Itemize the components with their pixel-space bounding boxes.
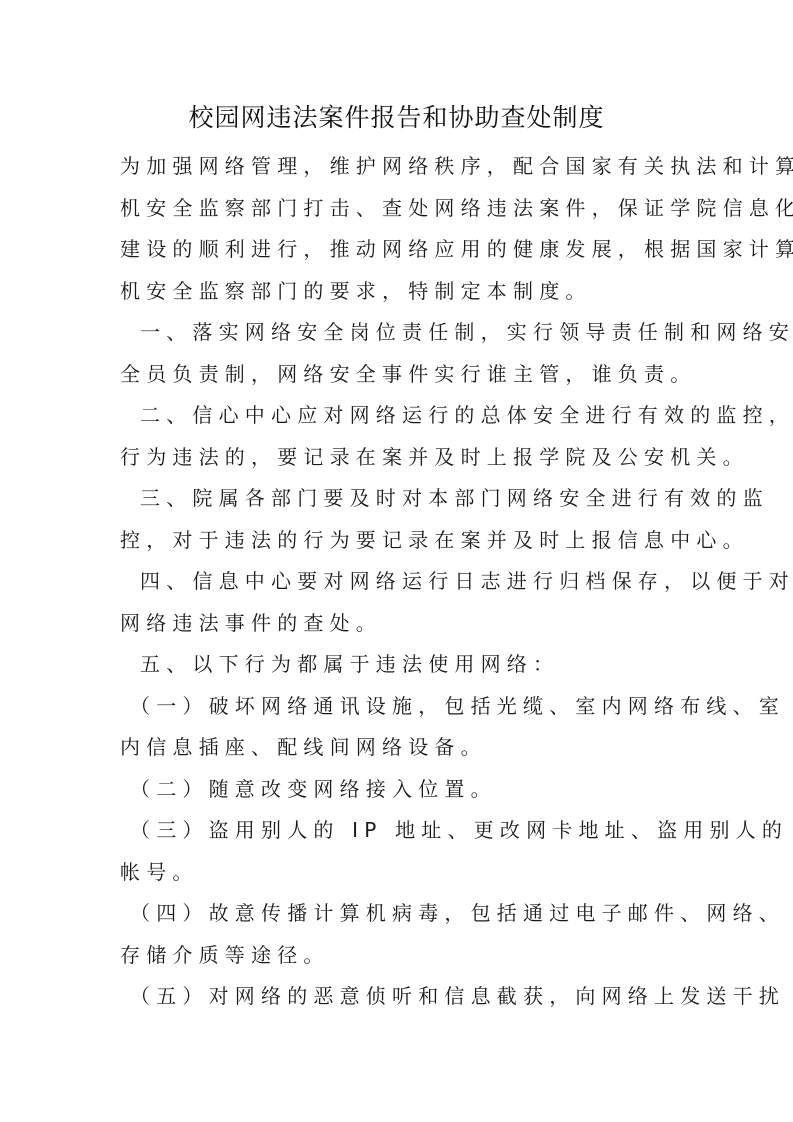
clause-3-line-2: 控，对于违法的行为要记录在案并及时上报信息中心。 <box>120 520 680 562</box>
item-4-line-1: （四）故意传播计算机病毒，包括通过电子邮件、网络、 <box>120 893 680 935</box>
item-4-line-2: 存储介质等途径。 <box>120 935 680 977</box>
intro-line-1: 为加强网络管理，维护网络秩序，配合国家有关执法和计算 <box>120 146 680 188</box>
document-body: 为加强网络管理，维护网络秩序，配合国家有关执法和计算 机安全监察部门打击、查处网… <box>120 146 680 1018</box>
item-3-line-1: （三）盗用别人的 IP 地址、更改网卡地址、盗用别人的 <box>120 810 680 852</box>
intro-line-2: 机安全监察部门打击、查处网络违法案件，保证学院信息化 <box>120 188 680 230</box>
clause-1-line-1: 一、落实网络安全岗位责任制，实行领导责任制和网络安 <box>120 312 680 354</box>
item-1-line-2: 内信息插座、配线间网络设备。 <box>120 727 680 769</box>
intro-line-3: 建设的顺利进行，推动网络应用的健康发展，根据国家计算 <box>120 229 680 271</box>
item-3-line-2: 帐号。 <box>120 852 680 894</box>
item-2-line-1: （二）随意改变网络接入位置。 <box>120 769 680 811</box>
document-title: 校园网违法案件报告和协助查处制度 <box>0 101 793 135</box>
clause-5-heading: 五、以下行为都属于违法使用网络： <box>120 644 680 686</box>
item-5-line-1: （五）对网络的恶意侦听和信息截获，向网络上发送干扰 <box>120 976 680 1018</box>
item-1-line-1: （一）破坏网络通讯设施，包括光缆、室内网络布线、室 <box>120 686 680 728</box>
clause-1-line-2: 全员负责制，网络安全事件实行谁主管，谁负责。 <box>120 354 680 396</box>
clause-2-line-1: 二、信心中心应对网络运行的总体安全进行有效的监控， <box>120 395 680 437</box>
intro-line-4: 机安全监察部门的要求，特制定本制度。 <box>120 271 680 313</box>
document-page: 校园网违法案件报告和协助查处制度 为加强网络管理，维护网络秩序，配合国家有关执法… <box>0 0 793 1122</box>
clause-3-line-1: 三、院属各部门要及时对本部门网络安全进行有效的监 <box>120 478 680 520</box>
clause-4-line-1: 四、信息中心要对网络运行日志进行归档保存，以便于对 <box>120 561 680 603</box>
clause-2-line-2: 行为违法的，要记录在案并及时上报学院及公安机关。 <box>120 437 680 479</box>
clause-4-line-2: 网络违法事件的查处。 <box>120 603 680 645</box>
